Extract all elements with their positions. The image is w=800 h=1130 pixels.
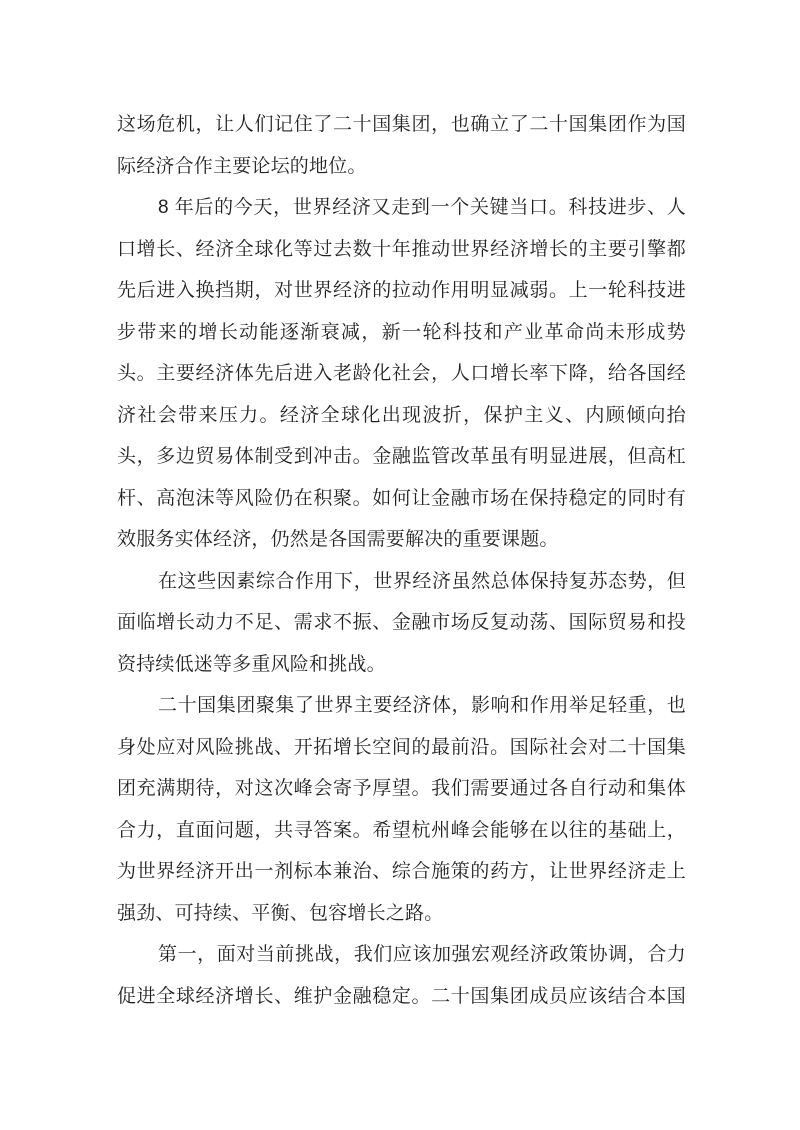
text-line: 强劲、可持续、平衡、包容增长之路。 <box>117 893 686 935</box>
text-line: 身处应对风险挑战、开拓增长空间的最前沿。国际社会对二十国集 <box>117 727 686 769</box>
paragraph: 这场危机，让人们记住了二十国集团，也确立了二十国集团作为国际经济合作主要论坛的地… <box>117 104 686 187</box>
text-line: 际经济合作主要论坛的地位。 <box>117 146 686 188</box>
text-line: 先后进入换挡期，对世界经济的拉动作用明显减弱。上一轮科技进 <box>117 270 686 312</box>
text-line: 杆、高泡沫等风险仍在积聚。如何让金融市场在保持稳定的同时有 <box>117 478 686 520</box>
text-line: 资持续低迷等多重风险和挑战。 <box>117 644 686 686</box>
paragraph: 在这些因素综合作用下，世界经济虽然总体保持复苏态势，但面临增长动力不足、需求不振… <box>117 561 686 686</box>
text-line: 8 年后的今天，世界经济又走到一个关键当口。科技进步、人 <box>117 187 686 229</box>
text-line: 合力，直面问题，共寻答案。希望杭州峰会能够在以往的基础上， <box>117 810 686 852</box>
paragraph: 8 年后的今天，世界经济又走到一个关键当口。科技进步、人口增长、经济全球化等过去… <box>117 187 686 561</box>
text-line: 促进全球经济增长、维护金融稳定。二十国集团成员应该结合本国 <box>117 976 686 1018</box>
text-line: 济社会带来压力。经济全球化出现波折，保护主义、内顾倾向抬 <box>117 395 686 437</box>
text-line: 口增长、经济全球化等过去数十年推动世界经济增长的主要引擎都 <box>117 229 686 271</box>
text-line: 团充满期待，对这次峰会寄予厚望。我们需要通过各自行动和集体 <box>117 768 686 810</box>
text-line: 头。主要经济体先后进入老龄化社会，人口增长率下降，给各国经 <box>117 353 686 395</box>
document-body: 这场危机，让人们记住了二十国集团，也确立了二十国集团作为国际经济合作主要论坛的地… <box>117 104 686 1017</box>
text-line: 效服务实体经济，仍然是各国需要解决的重要课题。 <box>117 519 686 561</box>
text-line: 这场危机，让人们记住了二十国集团，也确立了二十国集团作为国 <box>117 104 686 146</box>
text-line: 面临增长动力不足、需求不振、金融市场反复动荡、国际贸易和投 <box>117 602 686 644</box>
text-line: 为世界经济开出一剂标本兼治、综合施策的药方，让世界经济走上 <box>117 851 686 893</box>
document-page: 这场危机，让人们记住了二十国集团，也确立了二十国集团作为国际经济合作主要论坛的地… <box>0 0 800 1130</box>
text-line: 头，多边贸易体制受到冲击。金融监管改革虽有明显进展，但高杠 <box>117 436 686 478</box>
text-line: 第一，面对当前挑战，我们应该加强宏观经济政策协调，合力 <box>117 934 686 976</box>
paragraph: 二十国集团聚集了世界主要经济体，影响和作用举足轻重，也身处应对风险挑战、开拓增长… <box>117 685 686 934</box>
paragraph: 第一，面对当前挑战，我们应该加强宏观经济政策协调，合力促进全球经济增长、维护金融… <box>117 934 686 1017</box>
text-line: 二十国集团聚集了世界主要经济体，影响和作用举足轻重，也 <box>117 685 686 727</box>
text-line: 步带来的增长动能逐渐衰减，新一轮科技和产业革命尚未形成势 <box>117 312 686 354</box>
text-line: 在这些因素综合作用下，世界经济虽然总体保持复苏态势，但 <box>117 561 686 603</box>
